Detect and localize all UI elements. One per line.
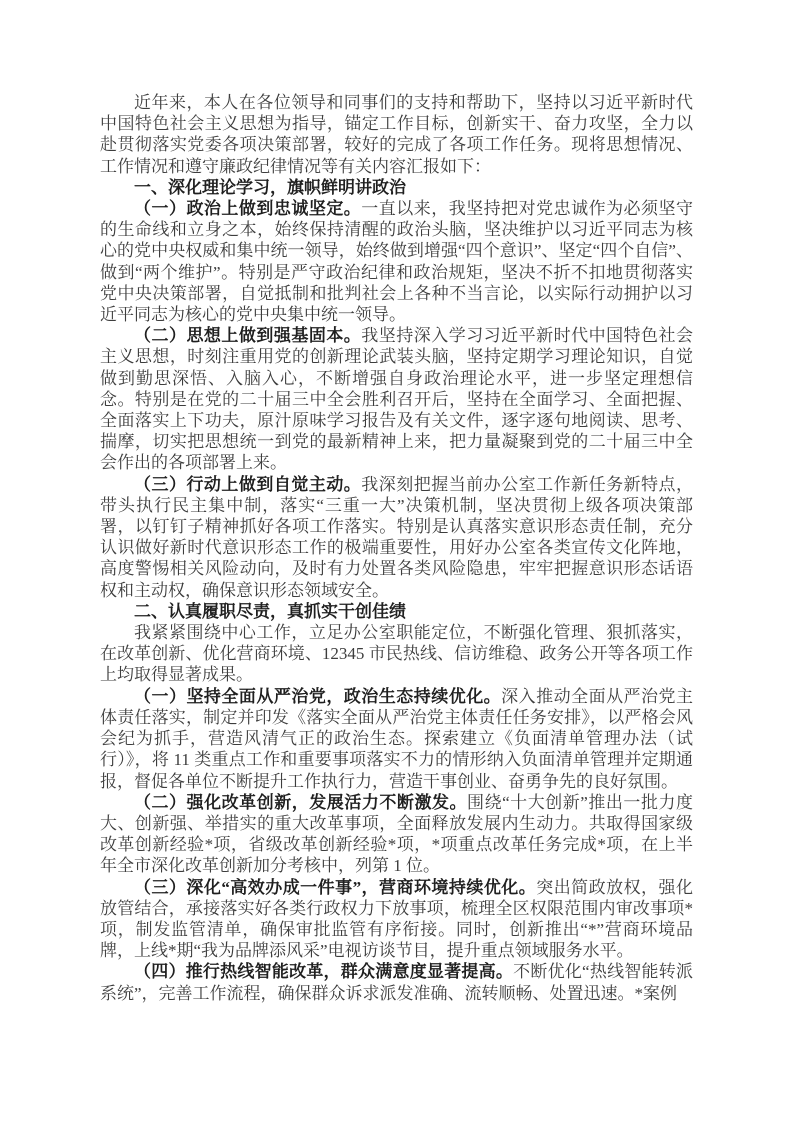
paragraph: （二）强化改革创新，发展活力不断激发。围绕“十大创新”推出一批力度大、创新强、举… [100, 792, 693, 877]
paragraph: （三）行动上做到自觉主动。我深刻把握当前办公室工作新任务新特点，带头执行民主集中… [100, 474, 693, 601]
paragraph: 我紧紧围绕中心工作，立足办公室职能定位，不断强化管理、狠抓落实，在改革创新、优化… [100, 622, 693, 686]
heading-text: 一、深化理论学习，旗帜鲜明讲政治 [134, 178, 406, 197]
paragraph-lead: （三）行动上做到自觉主动。 [134, 475, 361, 494]
paragraph-text: 近年来，本人在各位领导和同事们的支持和帮助下，坚持以习近平新时代中国特色社会主义… [100, 93, 693, 176]
heading-text: 二、认真履职尽责，真抓实干创佳绩 [134, 602, 406, 621]
paragraph: （三）深化“高效办成一件事”，营商环境持续优化。突出简政放权，强化放管结合，承接… [100, 877, 693, 962]
paragraph-lead: （一）坚持全面从严治党，政治生态持续优化。 [134, 687, 501, 706]
paragraph-lead: （四）推行热线智能改革，群众满意度显著提高。 [134, 962, 513, 981]
paragraph-lead: （二）强化改革创新，发展活力不断激发。 [134, 793, 467, 812]
paragraph-lead: （二）思想上做到强基固本。 [134, 326, 361, 345]
document-body: 近年来，本人在各位领导和同事们的支持和帮助下，坚持以习近平新时代中国特色社会主义… [100, 92, 693, 1004]
paragraph: （四）推行热线智能改革，群众满意度显著提高。不断优化“热线智能转派系统”，完善工… [100, 961, 693, 1003]
paragraph-lead: （三）深化“高效办成一件事”，营商环境持续优化。 [134, 878, 536, 897]
paragraph-text: 我坚持深入学习习近平新时代中国特色社会主义思想，时刻注重用党的创新理论武装头脑，… [100, 326, 693, 472]
paragraph: 近年来，本人在各位领导和同事们的支持和帮助下，坚持以习近平新时代中国特色社会主义… [100, 92, 693, 177]
paragraph-text: 我紧紧围绕中心工作，立足办公室职能定位，不断强化管理、狠抓落实，在改革创新、优化… [100, 623, 693, 684]
paragraph-lead: （一）政治上做到忠诚坚定。 [134, 199, 361, 218]
paragraph: （一）政治上做到忠诚坚定。一直以来，我坚持把对党忠诚作为必须坚守的生命线和立身之… [100, 198, 693, 325]
document-page: 近年来，本人在各位领导和同事们的支持和帮助下，坚持以习近平新时代中国特色社会主义… [0, 0, 793, 1122]
section-heading: 二、认真履职尽责，真抓实干创佳绩 [100, 601, 693, 622]
paragraph: （二）思想上做到强基固本。我坚持深入学习习近平新时代中国特色社会主义思想，时刻注… [100, 325, 693, 473]
paragraph: （一）坚持全面从严治党，政治生态持续优化。深入推动全面从严治党主体责任落实，制定… [100, 686, 693, 792]
section-heading: 一、深化理论学习，旗帜鲜明讲政治 [100, 177, 693, 198]
